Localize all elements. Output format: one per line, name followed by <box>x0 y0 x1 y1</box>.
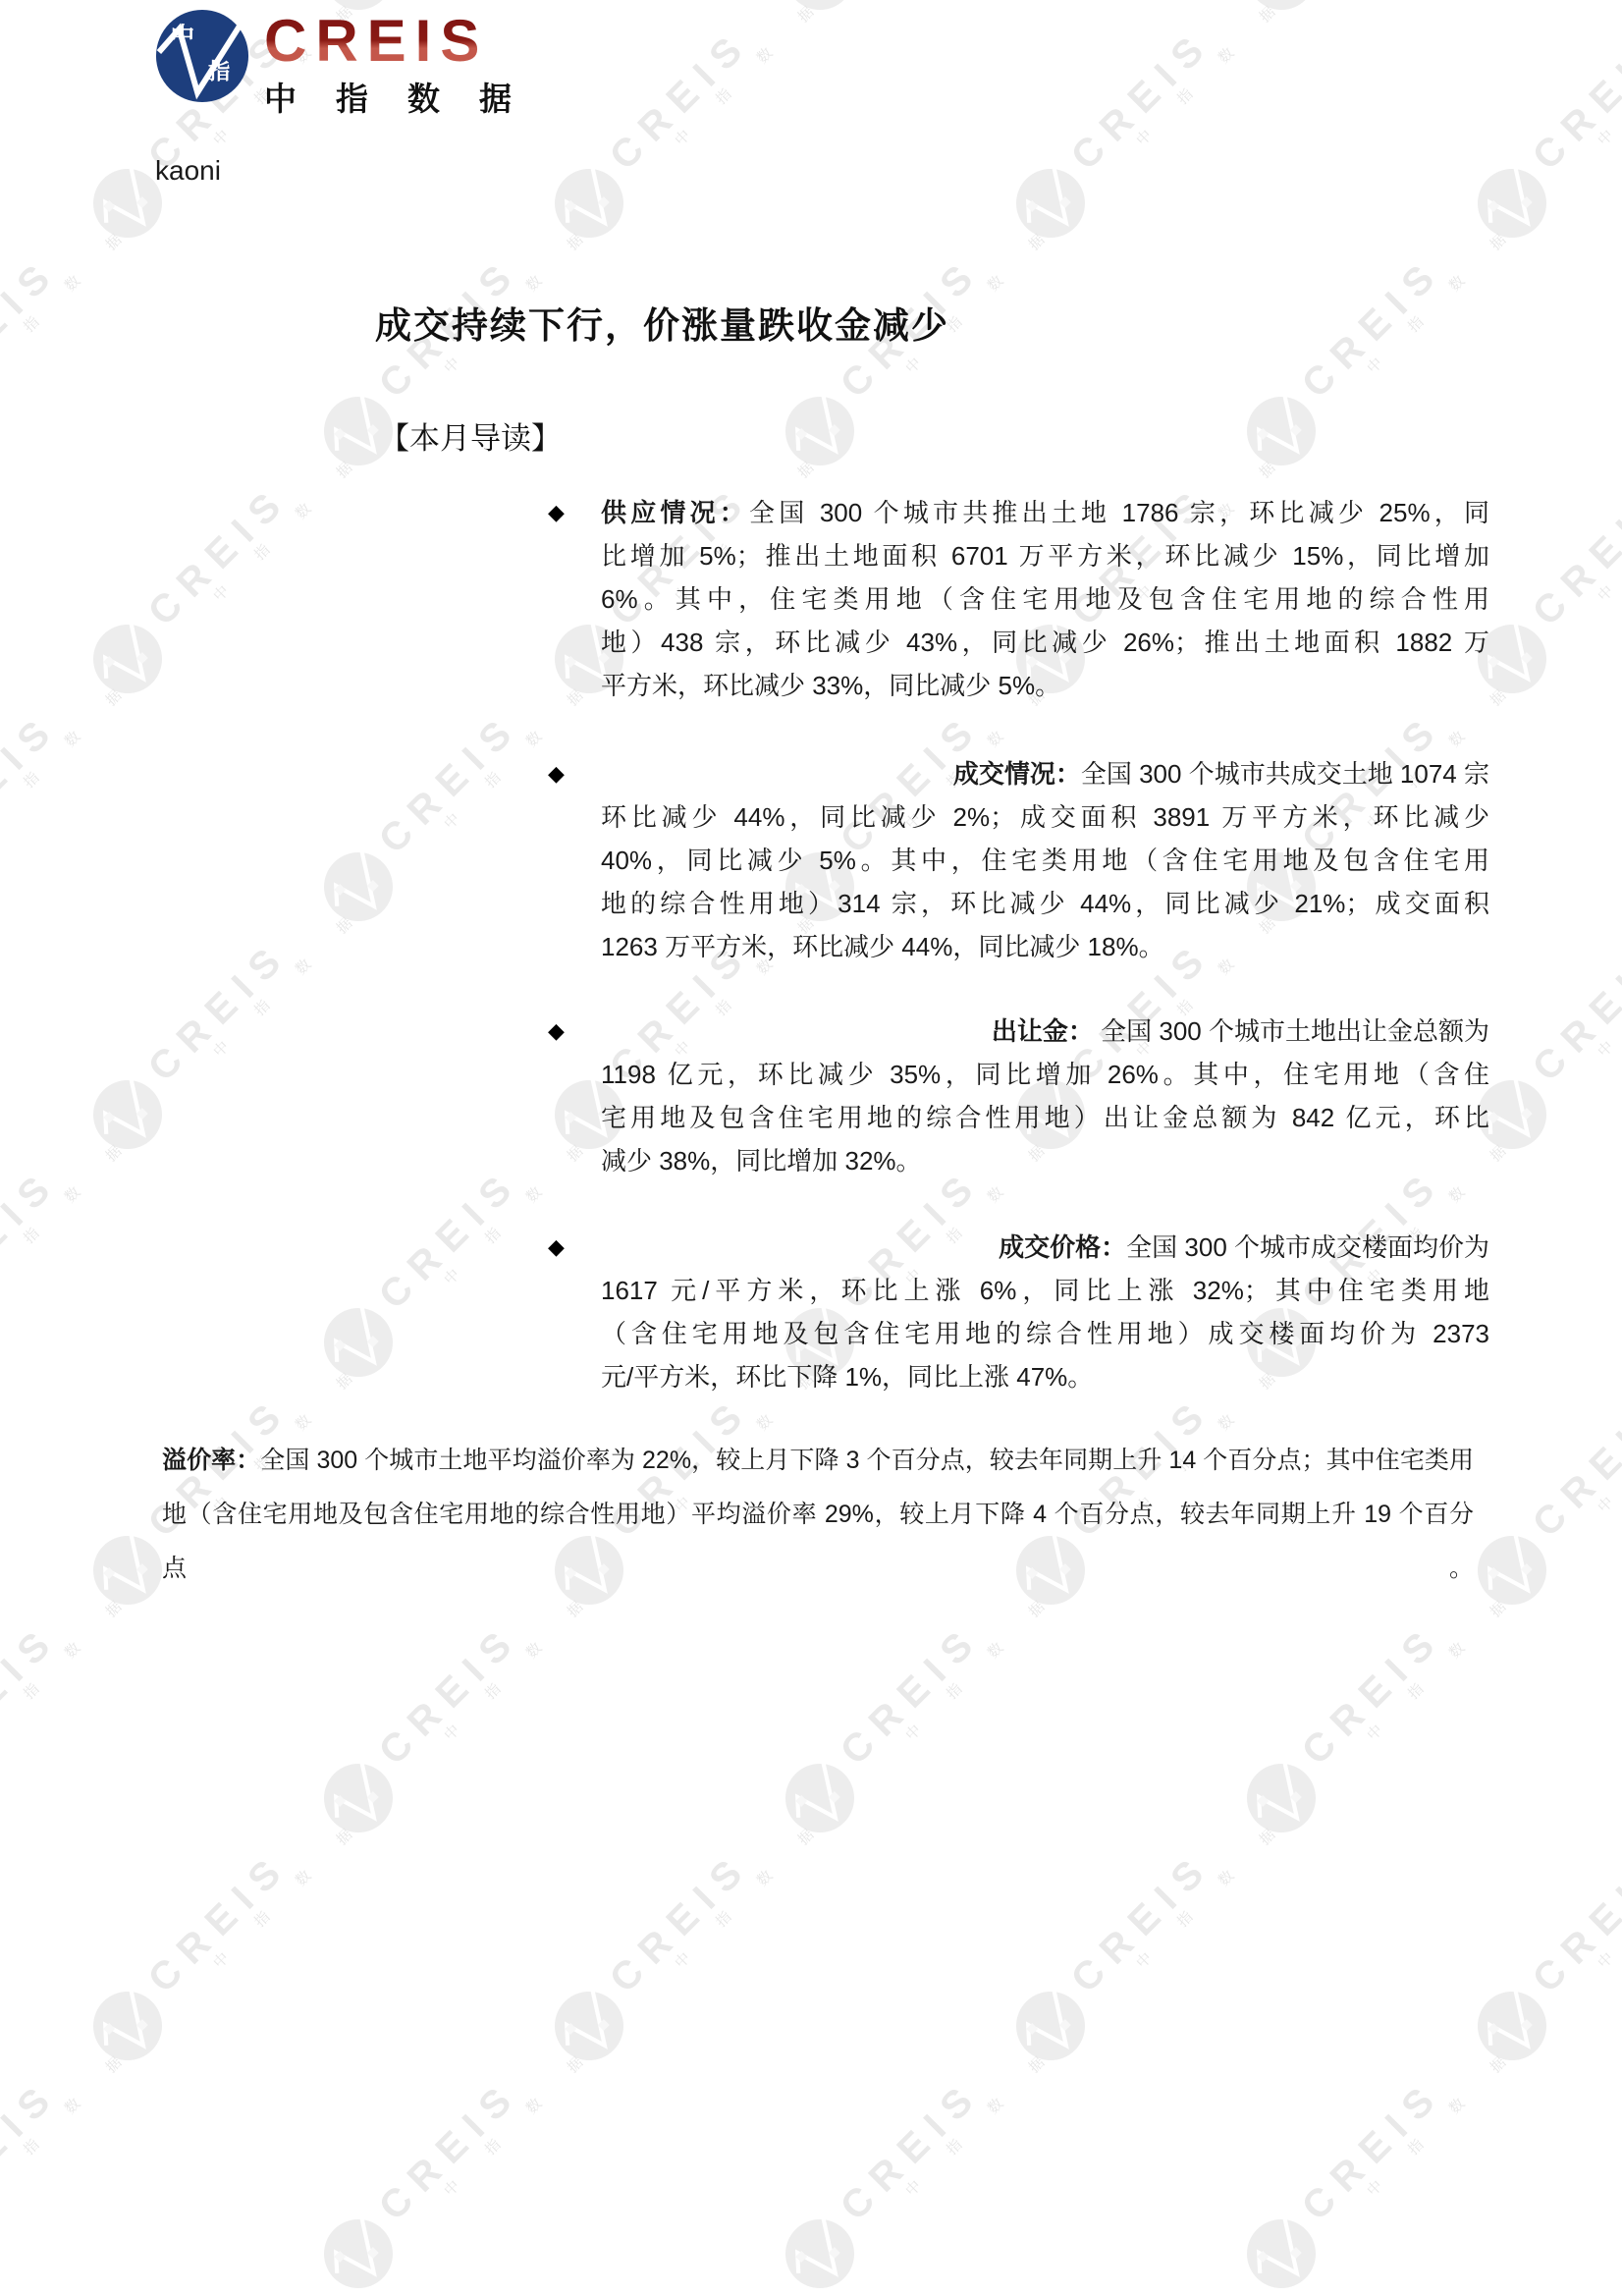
watermark-brand-text: CREIS <box>1064 0 1280 177</box>
brand-name-chinese: 中 指 数 据 <box>264 74 512 120</box>
text-segment: 全国 300 个城市共成交土地 1074 宗 <box>1081 759 1489 789</box>
watermark-logo-icon <box>1002 1978 1100 2075</box>
logo-char-bottom: 指 <box>208 60 231 84</box>
watermark-brand-text: CREIS <box>1295 189 1511 405</box>
text-line: 平方米，环比减少 33%，同比减少 5%。 <box>601 664 1489 707</box>
watermark-logo-icon <box>1233 2206 1330 2296</box>
watermark: CREIS中 指 数 据 <box>785 0 1109 10</box>
watermark-brand-text: CREIS <box>1526 1783 1622 1999</box>
watermark-sub-text: 中 指 数 据 <box>0 2038 139 2200</box>
document-page: CREIS中 指 数 据CREIS中 指 数 据CREIS中 指 数 据CREI… <box>0 0 1622 2296</box>
page-title: 成交持续下行，价涨量跌收金减少 <box>375 296 949 349</box>
watermark-brand-text: CREIS <box>1526 872 1622 1088</box>
text-line: 宅用地及包含住宅用地的综合性用地）出让金总额为 842 亿元，环比 <box>601 1096 1489 1139</box>
watermark-sub-text: 中 指 数 据 <box>1131 1810 1293 1972</box>
watermark-sub-text: 中 指 数 据 <box>1593 443 1622 605</box>
brand-name: CREIS <box>264 12 512 71</box>
watermark-sub-text: 中 指 数 据 <box>900 1582 1062 1744</box>
bullet-label: 出让金： <box>992 1016 1094 1046</box>
watermark-brand-text: CREIS <box>141 1783 357 1999</box>
watermark: CREIS中 指 数 据 <box>1247 397 1571 465</box>
watermark-logo-icon <box>80 1066 177 1164</box>
watermark-sub-text: 中 指 数 据 <box>1593 0 1622 149</box>
watermark-logo-icon <box>1002 155 1100 252</box>
watermark: CREIS中 指 数 据 <box>93 169 417 238</box>
watermark: CREIS中 指 数 据 <box>785 1764 1109 1832</box>
watermark-sub-text: 中 指 数 据 <box>1593 1810 1622 1972</box>
bullet-diamond-icon: ◆ <box>548 1010 601 1182</box>
watermark: CREIS中 指 数 据 <box>93 625 417 693</box>
watermark: CREIS中 指 数 据 <box>1478 1536 1622 1605</box>
bullet-label: 成交价格： <box>999 1232 1126 1262</box>
watermark: CREIS中 指 数 据 <box>93 1080 417 1149</box>
bullet-diamond-icon: ◆ <box>548 491 601 707</box>
watermark-sub-text: 中 指 数 据 <box>439 1582 601 1744</box>
watermark-sub-text: 中 指 数 据 <box>0 1126 139 1288</box>
premium-rate-paragraph: 溢价率：全国 300 个城市土地平均溢价率为 22%，较上月下降 3 个百分点，… <box>162 1434 1474 1596</box>
watermark-logo-icon <box>772 383 869 480</box>
watermark: CREIS中 指 数 据 <box>1478 1992 1622 2060</box>
watermark-logo-icon <box>310 1750 407 1847</box>
watermark-logo-icon <box>1233 0 1330 24</box>
watermark-logo-icon <box>772 2206 869 2296</box>
text-line: 环比减少 44%，同比减少 2%；成交面积 3891 万平方米，环比减少 <box>601 795 1489 839</box>
watermark-brand-text: CREIS <box>603 0 819 177</box>
watermark-logo-icon <box>541 1978 638 2075</box>
bullet-label: 供应情况： <box>601 498 749 527</box>
watermark: CREIS中 指 数 据 <box>324 2219 648 2288</box>
watermark-brand-text: CREIS <box>372 2011 588 2227</box>
watermark: CREIS中 指 数 据 <box>1016 1992 1340 2060</box>
text-line: 1198 亿元，环比减少 35%，同比增加 26%。其中，住宅用地（含住 <box>601 1053 1489 1096</box>
text-line: 元/平方米，环比下降 1%，同比上涨 47%。 <box>601 1355 1489 1398</box>
text-segment: 全国 300 个城市土地出让金总额为 <box>1094 1016 1489 1046</box>
bullet-land-revenue: ◆ 出让金： 全国 300 个城市土地出让金总额为 1198 亿元，环比减少 3… <box>548 1010 1489 1182</box>
watermark-sub-text: 中 指 数 据 <box>670 1810 832 1972</box>
watermark-logo-icon <box>772 1750 869 1847</box>
watermark-sub-text: 中 指 数 据 <box>208 1810 370 1972</box>
watermark: CREIS中 指 数 据 <box>1478 1080 1622 1149</box>
text-line: 比增加 5%；推出土地面积 6701 万平方米，环比减少 15%，同比增加 <box>601 534 1489 577</box>
watermark-brand-text: CREIS <box>141 872 357 1088</box>
text-line: 地）438 宗，环比减少 43%，同比减少 26%；推出土地面积 1882 万 <box>601 621 1489 664</box>
watermark-logo-icon <box>80 611 177 708</box>
watermark: CREIS中 指 数 据 <box>93 1992 417 2060</box>
watermark-sub-text: 中 指 数 据 <box>1362 2038 1524 2200</box>
watermark-brand-text: CREIS <box>0 1556 126 1772</box>
watermark-logo-icon <box>772 0 869 24</box>
creis-logo-mark-icon: 中 指 <box>154 8 250 104</box>
text-line: 1617 元/平方米，环比上涨 6%，同比上涨 32%；其中住宅类用地 <box>601 1269 1489 1312</box>
watermark: CREIS中 指 数 据 <box>555 169 879 238</box>
text-line: 成交情况：全国 300 个城市共成交土地 1074 宗 <box>601 752 1489 795</box>
watermark: CREIS中 指 数 据 <box>0 1764 187 1832</box>
brand-cn-char: 指 <box>336 74 368 120</box>
watermark-logo-icon <box>1233 1750 1330 1847</box>
watermark-sub-text: 中 指 数 据 <box>1593 899 1622 1061</box>
watermark-logo-icon <box>310 2206 407 2296</box>
watermark: CREIS中 指 数 据 <box>1247 0 1571 10</box>
watermark-logo-icon <box>1464 155 1561 252</box>
text-line: 溢价率：全国 300 个城市土地平均溢价率为 22%，较上月下降 3 个百分点，… <box>162 1434 1474 1488</box>
bullet-supply-text: 供应情况：全国 300 个城市共推出土地 1786 宗，环比减少 25%，同 比… <box>601 491 1489 707</box>
text-line: 地的综合性用地）314 宗，环比减少 44%，同比减少 21%；成交面积 <box>601 882 1489 925</box>
watermark-logo-icon <box>1464 1978 1561 2075</box>
watermark-brand-text: CREIS <box>1064 1783 1280 1999</box>
text-segment: 全国 300 个城市土地平均溢价率为 22%，较上月下降 3 个百分点，较去年同… <box>260 1447 1474 1474</box>
text-line: 40%，同比减少 5%。其中，住宅类用地（含住宅用地及包含住宅用 <box>601 839 1489 882</box>
watermark-brand-text: CREIS <box>0 1100 126 1316</box>
text-line: 地（含住宅用地及包含住宅用地的综合性用地）平均溢价率 29%，较上月下降 4 个… <box>162 1488 1474 1596</box>
bullet-diamond-icon: ◆ <box>548 1226 601 1398</box>
page-label: kaoni <box>155 155 221 187</box>
watermark-brand-text: CREIS <box>0 644 126 860</box>
watermark-sub-text: 中 指 数 据 <box>900 2038 1062 2200</box>
watermark-brand-text: CREIS <box>1526 416 1622 632</box>
logo-text-block: CREIS 中 指 数 据 <box>264 8 512 120</box>
text-line: （含住宅用地及包含住宅用地的综合性用地）成交楼面均价为 2373 <box>601 1312 1489 1355</box>
logo-char-top: 中 <box>171 23 195 50</box>
watermark: CREIS中 指 数 据 <box>324 1764 648 1832</box>
watermark-logo-icon <box>80 1978 177 2075</box>
bullet-supply: ◆ 供应情况：全国 300 个城市共推出土地 1786 宗，环比减少 25%，同… <box>548 491 1489 707</box>
watermark-sub-text: 中 指 数 据 <box>1362 1582 1524 1744</box>
text-segment: 全国 300 个城市共推出土地 1786 宗，环比减少 25%，同 <box>749 498 1489 527</box>
section-heading: 【本月导读】 <box>379 413 562 458</box>
bullet-diamond-icon: ◆ <box>548 752 601 968</box>
watermark-sub-text: 中 指 数 据 <box>208 443 370 605</box>
watermark: CREIS中 指 数 据 <box>785 397 1109 465</box>
watermark: CREIS中 指 数 据 <box>0 397 187 465</box>
watermark-sub-text: 中 指 数 据 <box>1131 0 1293 149</box>
bullet-price: ◆ 成交价格：全国 300 个城市成交楼面均价为 1617 元/平方米，环比上涨… <box>548 1226 1489 1398</box>
text-line: 减少 38%，同比增加 32%。 <box>601 1139 1489 1182</box>
watermark: CREIS中 指 数 据 <box>1478 625 1622 693</box>
bullet-label: 成交情况： <box>953 759 1081 789</box>
text-line: 6%。其中，住宅类用地（含住宅用地及包含住宅用地的综合性用 <box>601 577 1489 621</box>
watermark-brand-text: CREIS <box>834 2011 1050 2227</box>
watermark-sub-text: 中 指 数 据 <box>0 1582 139 1744</box>
watermark-logo-icon <box>310 839 407 936</box>
text-line: 出让金： 全国 300 个城市土地出让金总额为 <box>601 1010 1489 1053</box>
watermark-sub-text: 中 指 数 据 <box>439 2038 601 2200</box>
watermark: CREIS中 指 数 据 <box>0 1308 187 1377</box>
brand-cn-char: 数 <box>407 74 440 120</box>
brand-cn-char: 中 <box>264 74 297 120</box>
watermark: CREIS中 指 数 据 <box>1247 1764 1571 1832</box>
watermark-sub-text: 中 指 数 据 <box>0 671 139 833</box>
watermark-sub-text: 中 指 数 据 <box>670 0 832 149</box>
watermark-sub-text: 中 指 数 据 <box>0 215 139 377</box>
watermark: CREIS中 指 数 据 <box>555 1992 879 2060</box>
watermark-brand-text: CREIS <box>0 189 126 405</box>
watermark-sub-text: 中 指 数 据 <box>1362 215 1524 377</box>
watermark-brand-text: CREIS <box>603 1783 819 1999</box>
watermark-sub-text: 中 指 数 据 <box>1593 1354 1622 1516</box>
bullet-transactions-text: 成交情况：全国 300 个城市共成交土地 1074 宗 环比减少 44%，同比减… <box>601 752 1489 968</box>
bullet-price-text: 成交价格：全国 300 个城市成交楼面均价为 1617 元/平方米，环比上涨 6… <box>601 1226 1489 1398</box>
watermark-sub-text: 中 指 数 据 <box>208 899 370 1061</box>
premium-label: 溢价率： <box>162 1447 260 1474</box>
watermark-logo-icon <box>541 155 638 252</box>
watermark: CREIS中 指 数 据 <box>785 2219 1109 2288</box>
text-line: 成交价格：全国 300 个城市成交楼面均价为 <box>601 1226 1489 1269</box>
watermark: CREIS中 指 数 据 <box>1478 169 1622 238</box>
watermark-logo-icon <box>310 1294 407 1392</box>
watermark: CREIS中 指 数 据 <box>1247 2219 1571 2288</box>
watermark: CREIS中 指 数 据 <box>0 852 187 921</box>
watermark-brand-text: CREIS <box>141 416 357 632</box>
text-segment: 全国 300 个城市成交楼面均价为 <box>1126 1232 1489 1262</box>
bullet-land-revenue-text: 出让金： 全国 300 个城市土地出让金总额为 1198 亿元，环比减少 35%… <box>601 1010 1489 1182</box>
brand-cn-char: 据 <box>479 74 512 120</box>
watermark-logo-icon <box>1233 383 1330 480</box>
watermark: CREIS中 指 数 据 <box>0 2219 187 2288</box>
bullet-transactions: ◆ 成交情况：全国 300 个城市共成交土地 1074 宗 环比减少 44%，同… <box>548 752 1489 968</box>
watermark: CREIS中 指 数 据 <box>1016 169 1340 238</box>
watermark-brand-text: CREIS <box>1526 0 1622 177</box>
watermark-brand-text: CREIS <box>1526 1328 1622 1544</box>
watermark-brand-text: CREIS <box>0 2011 126 2227</box>
watermark-logo-icon <box>1464 1522 1561 1619</box>
creis-logo: 中 指 CREIS 中 指 数 据 <box>154 8 512 120</box>
text-line: 1263 万平方米，环比减少 44%，同比减少 18%。 <box>601 925 1489 968</box>
watermark-brand-text: CREIS <box>1295 2011 1511 2227</box>
text-line: 供应情况：全国 300 个城市共推出土地 1786 宗，环比减少 25%，同 <box>601 491 1489 534</box>
